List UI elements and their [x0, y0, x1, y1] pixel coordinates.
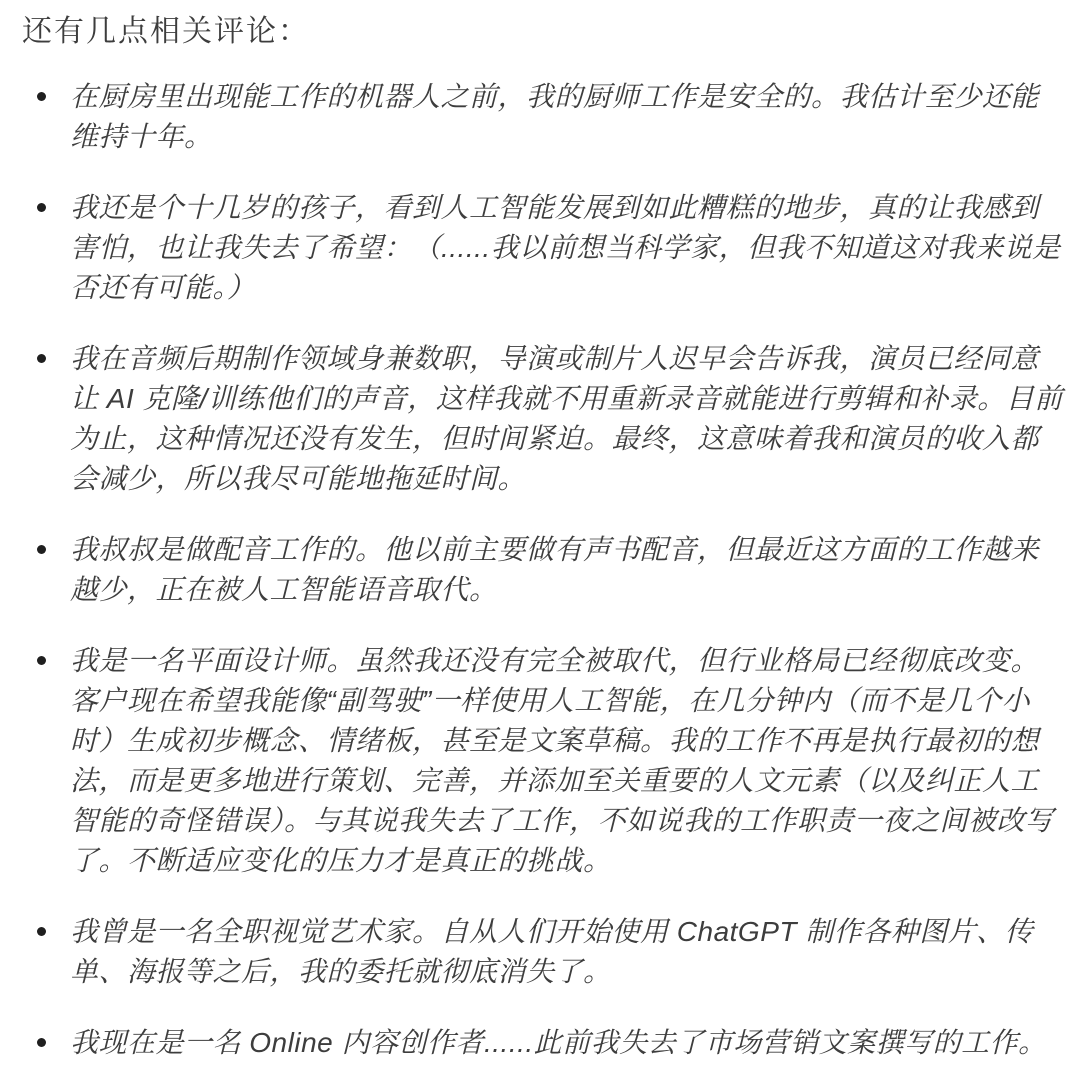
list-item: 我现在是一名 Online 内容创作者......此前我失去了市场营销文案撰写的… [70, 1023, 1066, 1063]
comment-text: 我曾是一名全职视觉艺术家。自从人们开始使用 ChatGPT 制作各种图片、传单、… [70, 916, 1033, 987]
comment-text: 我叔叔是做配音工作的。他以前主要做有声书配音，但最近这方面的工作越来越少，正在被… [70, 534, 1039, 605]
list-item: 在厨房里出现能工作的机器人之前，我的厨师工作是安全的。我估计至少还能维持十年。 [70, 77, 1066, 157]
bullet-icon [37, 92, 46, 101]
bullet-icon [37, 354, 46, 363]
comment-text: 在厨房里出现能工作的机器人之前，我的厨师工作是安全的。我估计至少还能维持十年。 [70, 81, 1039, 152]
list-item: 我是一名平面设计师。虽然我还没有完全被取代，但行业格局已经彻底改变。客户现在希望… [70, 641, 1066, 881]
bullet-icon [37, 203, 46, 212]
comment-text: 我现在是一名 Online 内容创作者......此前我失去了市场营销文案撰写的… [70, 1027, 1047, 1058]
list-item: 我还是个十几岁的孩子，看到人工智能发展到如此糟糕的地步，真的让我感到害怕，也让我… [70, 188, 1066, 308]
comments-list: 在厨房里出现能工作的机器人之前，我的厨师工作是安全的。我估计至少还能维持十年。 … [22, 77, 1066, 1063]
comment-text: 我在音频后期制作领域身兼数职，导演或制片人迟早会告诉我，演员已经同意让 AI 克… [70, 343, 1063, 494]
comment-text: 我是一名平面设计师。虽然我还没有完全被取代，但行业格局已经彻底改变。客户现在希望… [70, 645, 1054, 876]
bullet-icon [37, 656, 46, 665]
bullet-icon [37, 1038, 46, 1047]
bullet-icon [37, 927, 46, 936]
comment-text: 我还是个十几岁的孩子，看到人工智能发展到如此糟糕的地步，真的让我感到害怕，也让我… [70, 192, 1061, 303]
list-item: 我叔叔是做配音工作的。他以前主要做有声书配音，但最近这方面的工作越来越少，正在被… [70, 530, 1066, 610]
list-item: 我在音频后期制作领域身兼数职，导演或制片人迟早会告诉我，演员已经同意让 AI 克… [70, 339, 1066, 499]
page-title: 还有几点相关评论： [22, 10, 1066, 53]
list-item: 我曾是一名全职视觉艺术家。自从人们开始使用 ChatGPT 制作各种图片、传单、… [70, 912, 1066, 992]
bullet-icon [37, 545, 46, 554]
comments-document: 还有几点相关评论： 在厨房里出现能工作的机器人之前，我的厨师工作是安全的。我估计… [0, 0, 1080, 1080]
